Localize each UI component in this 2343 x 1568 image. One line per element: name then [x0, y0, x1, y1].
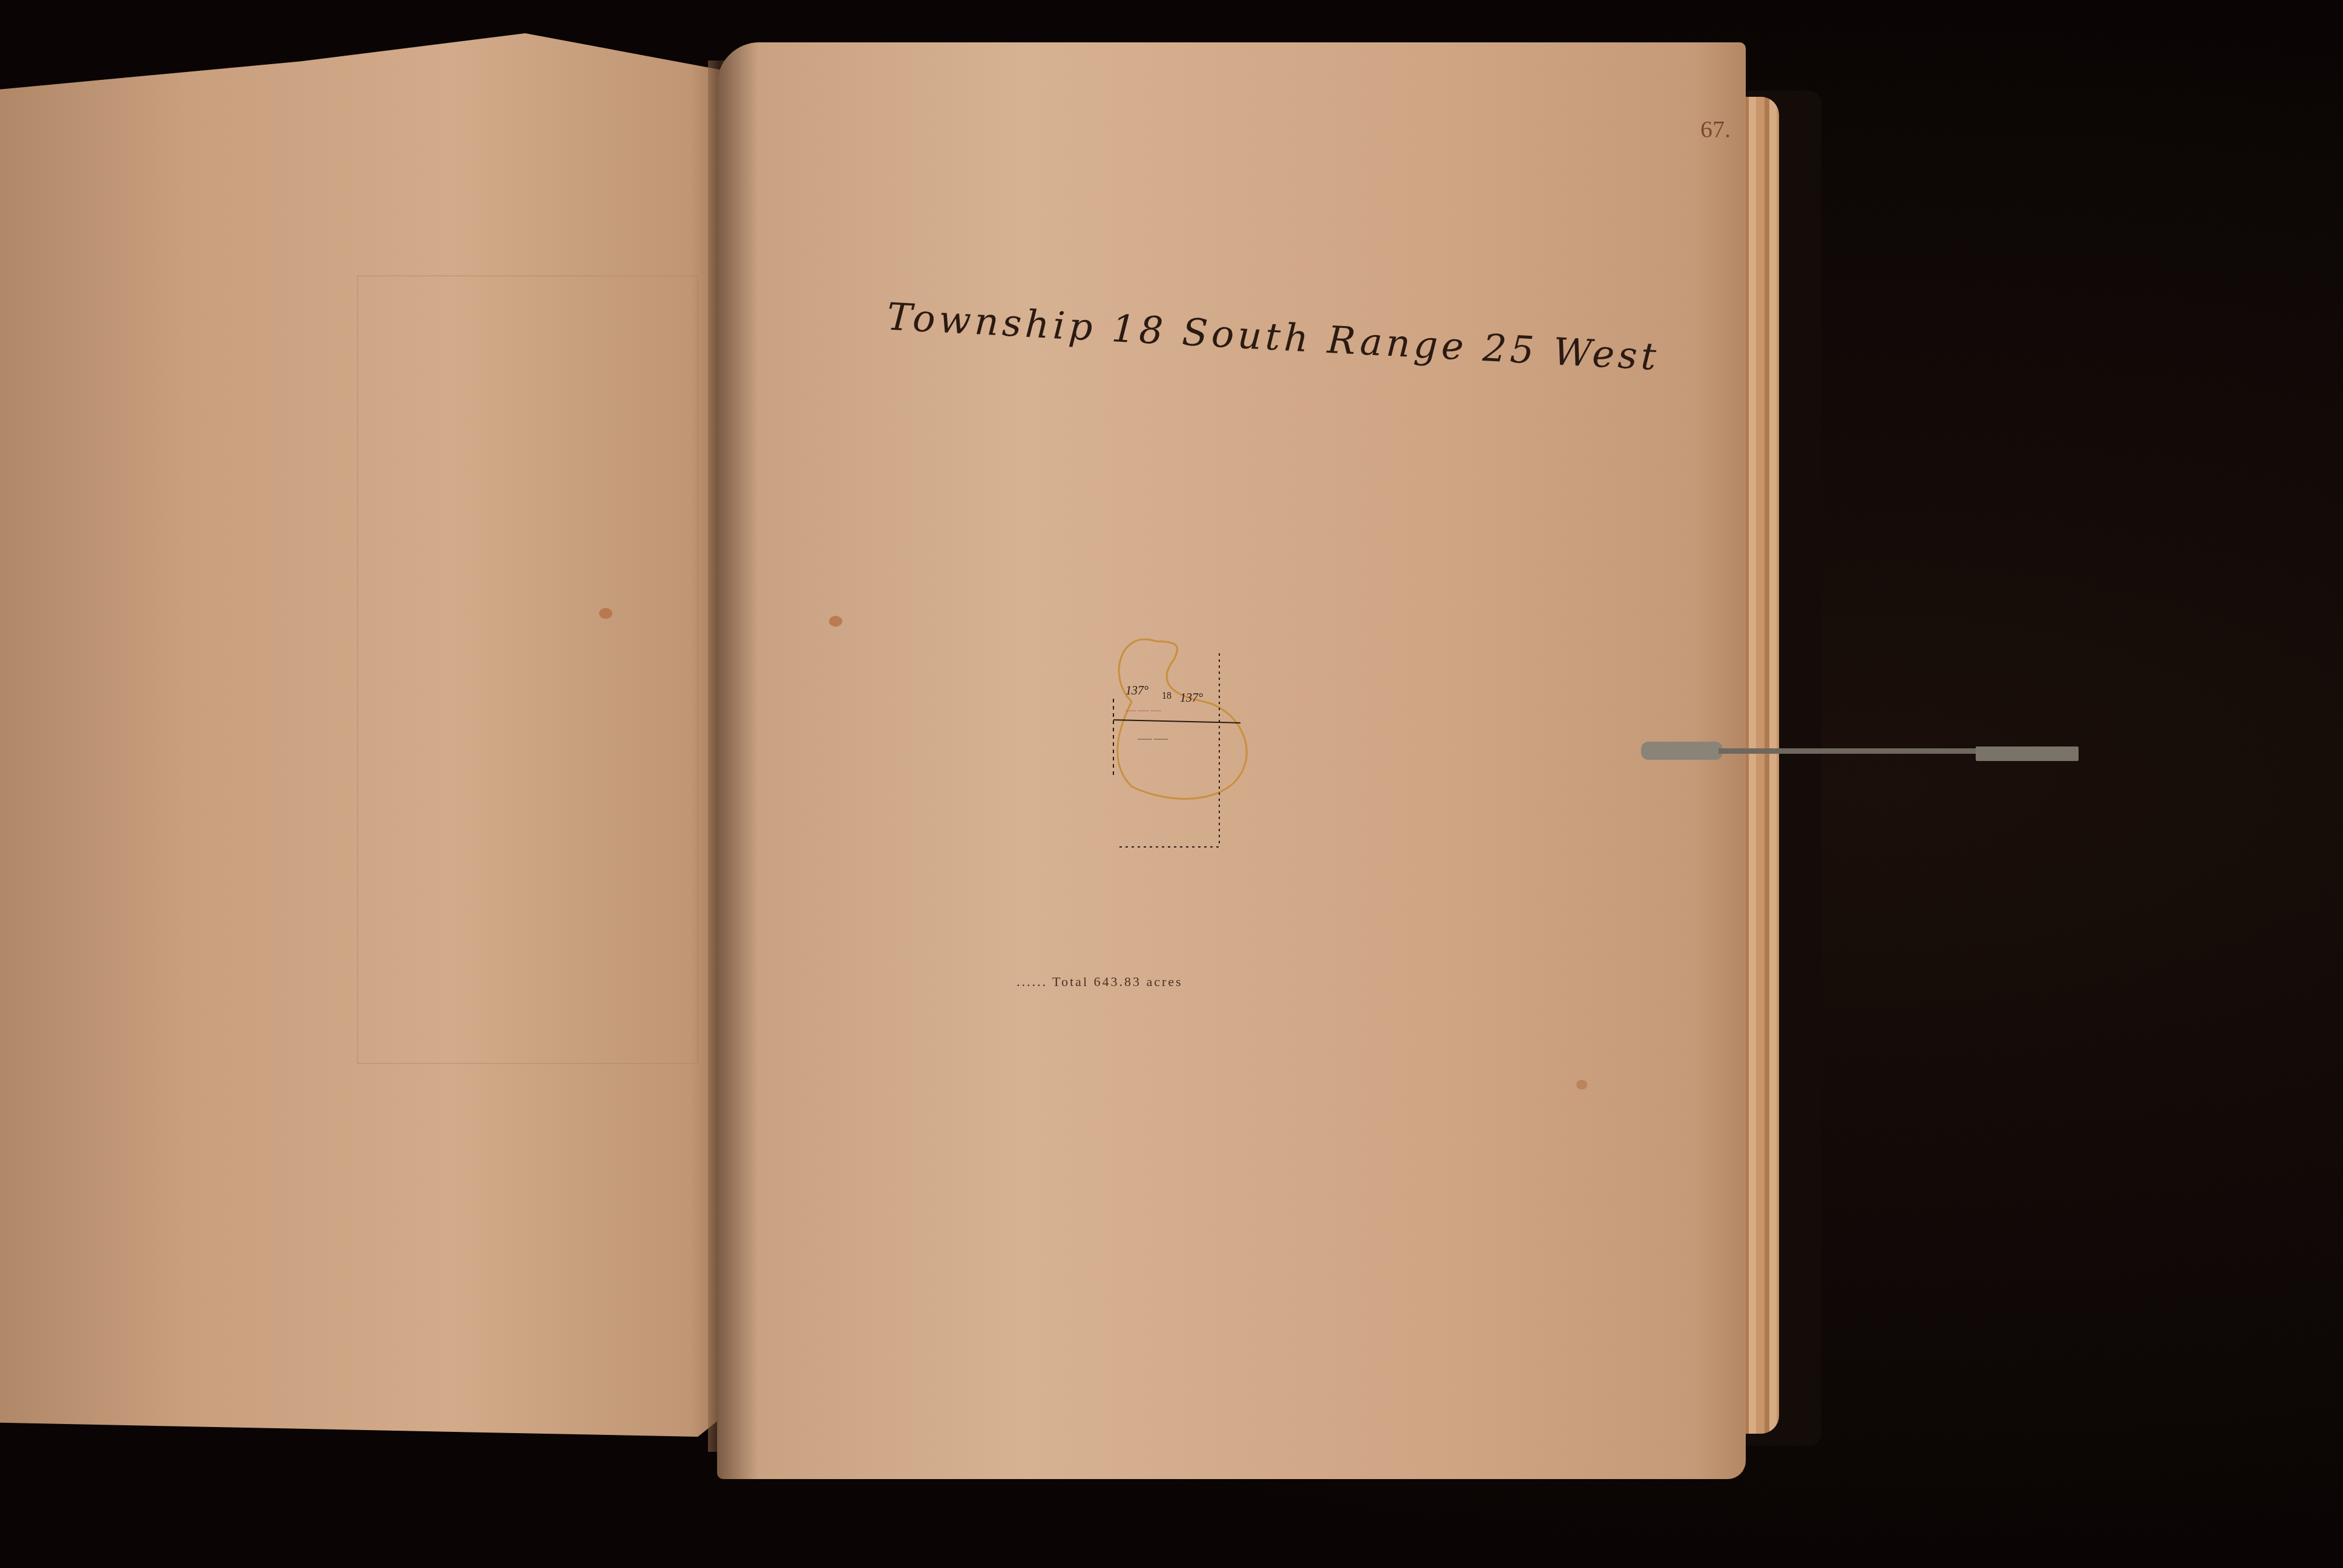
total-acres-line: ...... Total 643.83 acres [1017, 974, 1183, 990]
faint-ruled-box [357, 275, 698, 1064]
page-number: 67. [1700, 115, 1731, 143]
svg-text:18: 18 [1162, 691, 1171, 701]
survey-plat-diagram: 137° 18 137° ~~~ ~~~ ~~~ ~~~~ ~~~~ [1083, 605, 1337, 859]
left-page [0, 33, 750, 1437]
svg-text:137°: 137° [1180, 691, 1203, 705]
stain-lower [1576, 1080, 1587, 1089]
stain-right [829, 616, 842, 627]
svg-text:~~~~ ~~~~: ~~~~ ~~~~ [1138, 736, 1168, 743]
stain-left [599, 608, 612, 619]
svg-text:~~~ ~~~ ~~~: ~~~ ~~~ ~~~ [1126, 707, 1161, 714]
metal-spatula-bookmark [1634, 739, 2088, 763]
svg-text:137°: 137° [1126, 684, 1149, 697]
